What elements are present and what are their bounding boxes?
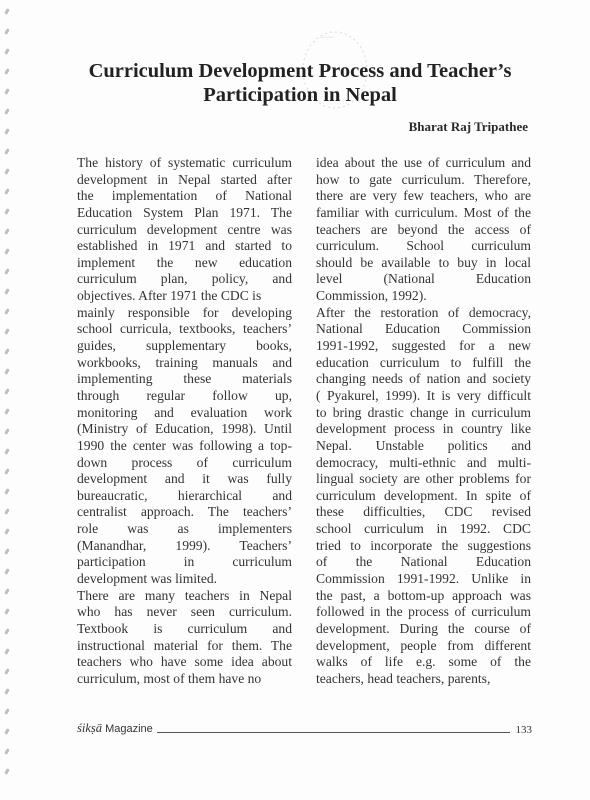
binding-mark xyxy=(4,88,10,95)
binding-mark xyxy=(4,208,10,215)
text-line: bureaucratic, hierarchical and xyxy=(77,488,292,505)
text-line: monitoring and evaluation work xyxy=(77,405,292,422)
text-line: these difficulties, CDC revised xyxy=(316,504,531,521)
text-line: Education System Plan 1971. The xyxy=(77,205,292,222)
text-line: Commission 1991-1992. Unlike in xyxy=(316,571,531,588)
text-line: (Ministry of Education, 1998). Until xyxy=(77,421,292,438)
binding-mark xyxy=(4,268,10,275)
text-line: implement the new education xyxy=(77,255,292,272)
binding-mark xyxy=(4,428,10,435)
author-name: Bharat Raj Tripathee xyxy=(409,119,528,135)
text-line: After the restoration of democracy, xyxy=(316,305,531,322)
text-line: workbooks, training manuals and xyxy=(77,355,292,372)
text-line: role was as implementers xyxy=(77,521,292,538)
text-line: tried to incorporate the suggestions xyxy=(316,538,531,555)
text-line: school curricula, textbooks, teachers’ xyxy=(77,321,292,338)
binding-mark xyxy=(4,648,10,655)
binding-mark xyxy=(4,588,10,595)
text-line: curriculum. School curriculum xyxy=(316,238,531,255)
title-line-2: Participation in Nepal xyxy=(60,83,540,107)
binding-mark xyxy=(4,468,10,475)
text-line: curriculum development. In spite of xyxy=(316,488,531,505)
binding-mark xyxy=(4,568,10,575)
text-line: There are many teachers in Nepal xyxy=(77,588,292,605)
text-line: development process in country like xyxy=(316,421,531,438)
text-line: 1991-1992, suggested for a new xyxy=(316,338,531,355)
binding-mark xyxy=(4,228,10,235)
binding-mark xyxy=(4,188,10,195)
text-line: the past, a bottom-up approach was xyxy=(316,588,531,605)
text-line: who has never seen curriculum. xyxy=(77,604,292,621)
magazine-name: śikṣā Magazine xyxy=(77,721,153,736)
text-line: level (National Education xyxy=(316,271,531,288)
binding-mark xyxy=(4,328,10,335)
footer-rule xyxy=(157,732,510,733)
binding-mark xyxy=(4,148,10,155)
text-line: how to gate curriculum. Therefore, xyxy=(316,172,531,189)
text-line: walks of life e.g. some of the xyxy=(316,654,531,671)
binding-mark xyxy=(4,408,10,415)
binding-mark xyxy=(4,528,10,535)
binding-mark xyxy=(4,688,10,695)
text-line: down process of curriculum xyxy=(77,455,292,472)
text-line: objectives. After 1971 the CDC is xyxy=(77,288,292,305)
binding-mark xyxy=(4,28,10,35)
page-footer: śikṣā Magazine 133 xyxy=(77,718,532,736)
binding-mark xyxy=(4,488,10,495)
text-line: ( Pyakurel, 1999). It is very difficult xyxy=(316,388,531,405)
binding-mark xyxy=(4,108,10,115)
body-column-left: The history of systematic curriculumdeve… xyxy=(77,155,292,688)
binding-mark xyxy=(4,748,10,755)
binding-mark xyxy=(4,608,10,615)
text-line: idea about the use of curriculum and xyxy=(316,155,531,172)
page-number: 133 xyxy=(516,724,533,736)
text-line: through regular follow up, xyxy=(77,388,292,405)
text-line: The history of systematic curriculum xyxy=(77,155,292,172)
text-line: Nepal. Unstable politics and xyxy=(316,438,531,455)
text-line: (Manandhar, 1999). Teachers’ xyxy=(77,538,292,555)
text-line: of the National Education xyxy=(316,554,531,571)
binding-mark xyxy=(4,448,10,455)
text-line: the implementation of National xyxy=(77,188,292,205)
text-line: guides, supplementary books, xyxy=(77,338,292,355)
text-line: teachers are beyond the access of xyxy=(316,222,531,239)
binding-mark xyxy=(4,348,10,355)
text-line: education curriculum to fulfill the xyxy=(316,355,531,372)
text-line: Commission, 1992). xyxy=(316,288,531,305)
binding-mark xyxy=(4,8,10,15)
text-line: National Education Commission xyxy=(316,321,531,338)
binding-mark xyxy=(4,668,10,675)
text-line: 1990 the center was following a top- xyxy=(77,438,292,455)
text-line: mainly responsible for developing xyxy=(77,305,292,322)
text-line: to bring drastic change in curriculum xyxy=(316,405,531,422)
text-line: teachers, head teachers, parents, xyxy=(316,671,531,688)
text-line: school curriculum in 1992. CDC xyxy=(316,521,531,538)
text-line: followed in the process of curriculum xyxy=(316,604,531,621)
binding-mark xyxy=(4,308,10,315)
binding-mark xyxy=(4,548,10,555)
body-column-right: idea about the use of curriculum andhow … xyxy=(316,155,531,688)
binding-mark xyxy=(4,248,10,255)
text-line: there are very few teachers, who are xyxy=(316,188,531,205)
text-line: participation in curriculum xyxy=(77,554,292,571)
text-line: established in 1971 and started to xyxy=(77,238,292,255)
binding-mark xyxy=(4,708,10,715)
text-line: should be available to buy in local xyxy=(316,255,531,272)
text-line: curriculum development centre was xyxy=(77,222,292,239)
text-line: curriculum, most of them have no xyxy=(77,671,292,688)
binding-mark xyxy=(4,168,10,175)
binding-mark xyxy=(4,508,10,515)
text-line: development, people from different xyxy=(316,638,531,655)
binding-mark xyxy=(4,368,10,375)
binding-mark xyxy=(4,768,10,775)
text-line: teachers who have some idea about xyxy=(77,654,292,671)
text-line: familiar with curriculum. Most of the xyxy=(316,205,531,222)
text-line: democracy, multi-ethnic and multi- xyxy=(316,455,531,472)
svg-text:~~~: ~~~ xyxy=(320,33,334,42)
text-line: development in Nepal started after xyxy=(77,172,292,189)
binding-mark xyxy=(4,628,10,635)
binding-mark xyxy=(4,388,10,395)
binding-mark xyxy=(4,68,10,75)
text-line: Textbook is curriculum and xyxy=(77,621,292,638)
binding-mark xyxy=(4,728,10,735)
text-line: development and it was fully xyxy=(77,471,292,488)
text-line: implementing these materials xyxy=(77,371,292,388)
text-line: instructional material for them. The xyxy=(77,638,292,655)
text-line: changing needs of nation and society xyxy=(316,371,531,388)
article-title: Curriculum Development Process and Teach… xyxy=(60,59,540,107)
binding-marks xyxy=(0,0,22,800)
binding-mark xyxy=(4,48,10,55)
binding-mark xyxy=(4,128,10,135)
text-line: curriculum plan, policy, and xyxy=(77,271,292,288)
text-line: lingual society are other problems for xyxy=(316,471,531,488)
text-line: centralist approach. The teachers’ xyxy=(77,504,292,521)
binding-mark xyxy=(4,288,10,295)
text-line: development was limited. xyxy=(77,571,292,588)
title-line-1: Curriculum Development Process and Teach… xyxy=(60,59,540,83)
text-line: development. During the course of xyxy=(316,621,531,638)
